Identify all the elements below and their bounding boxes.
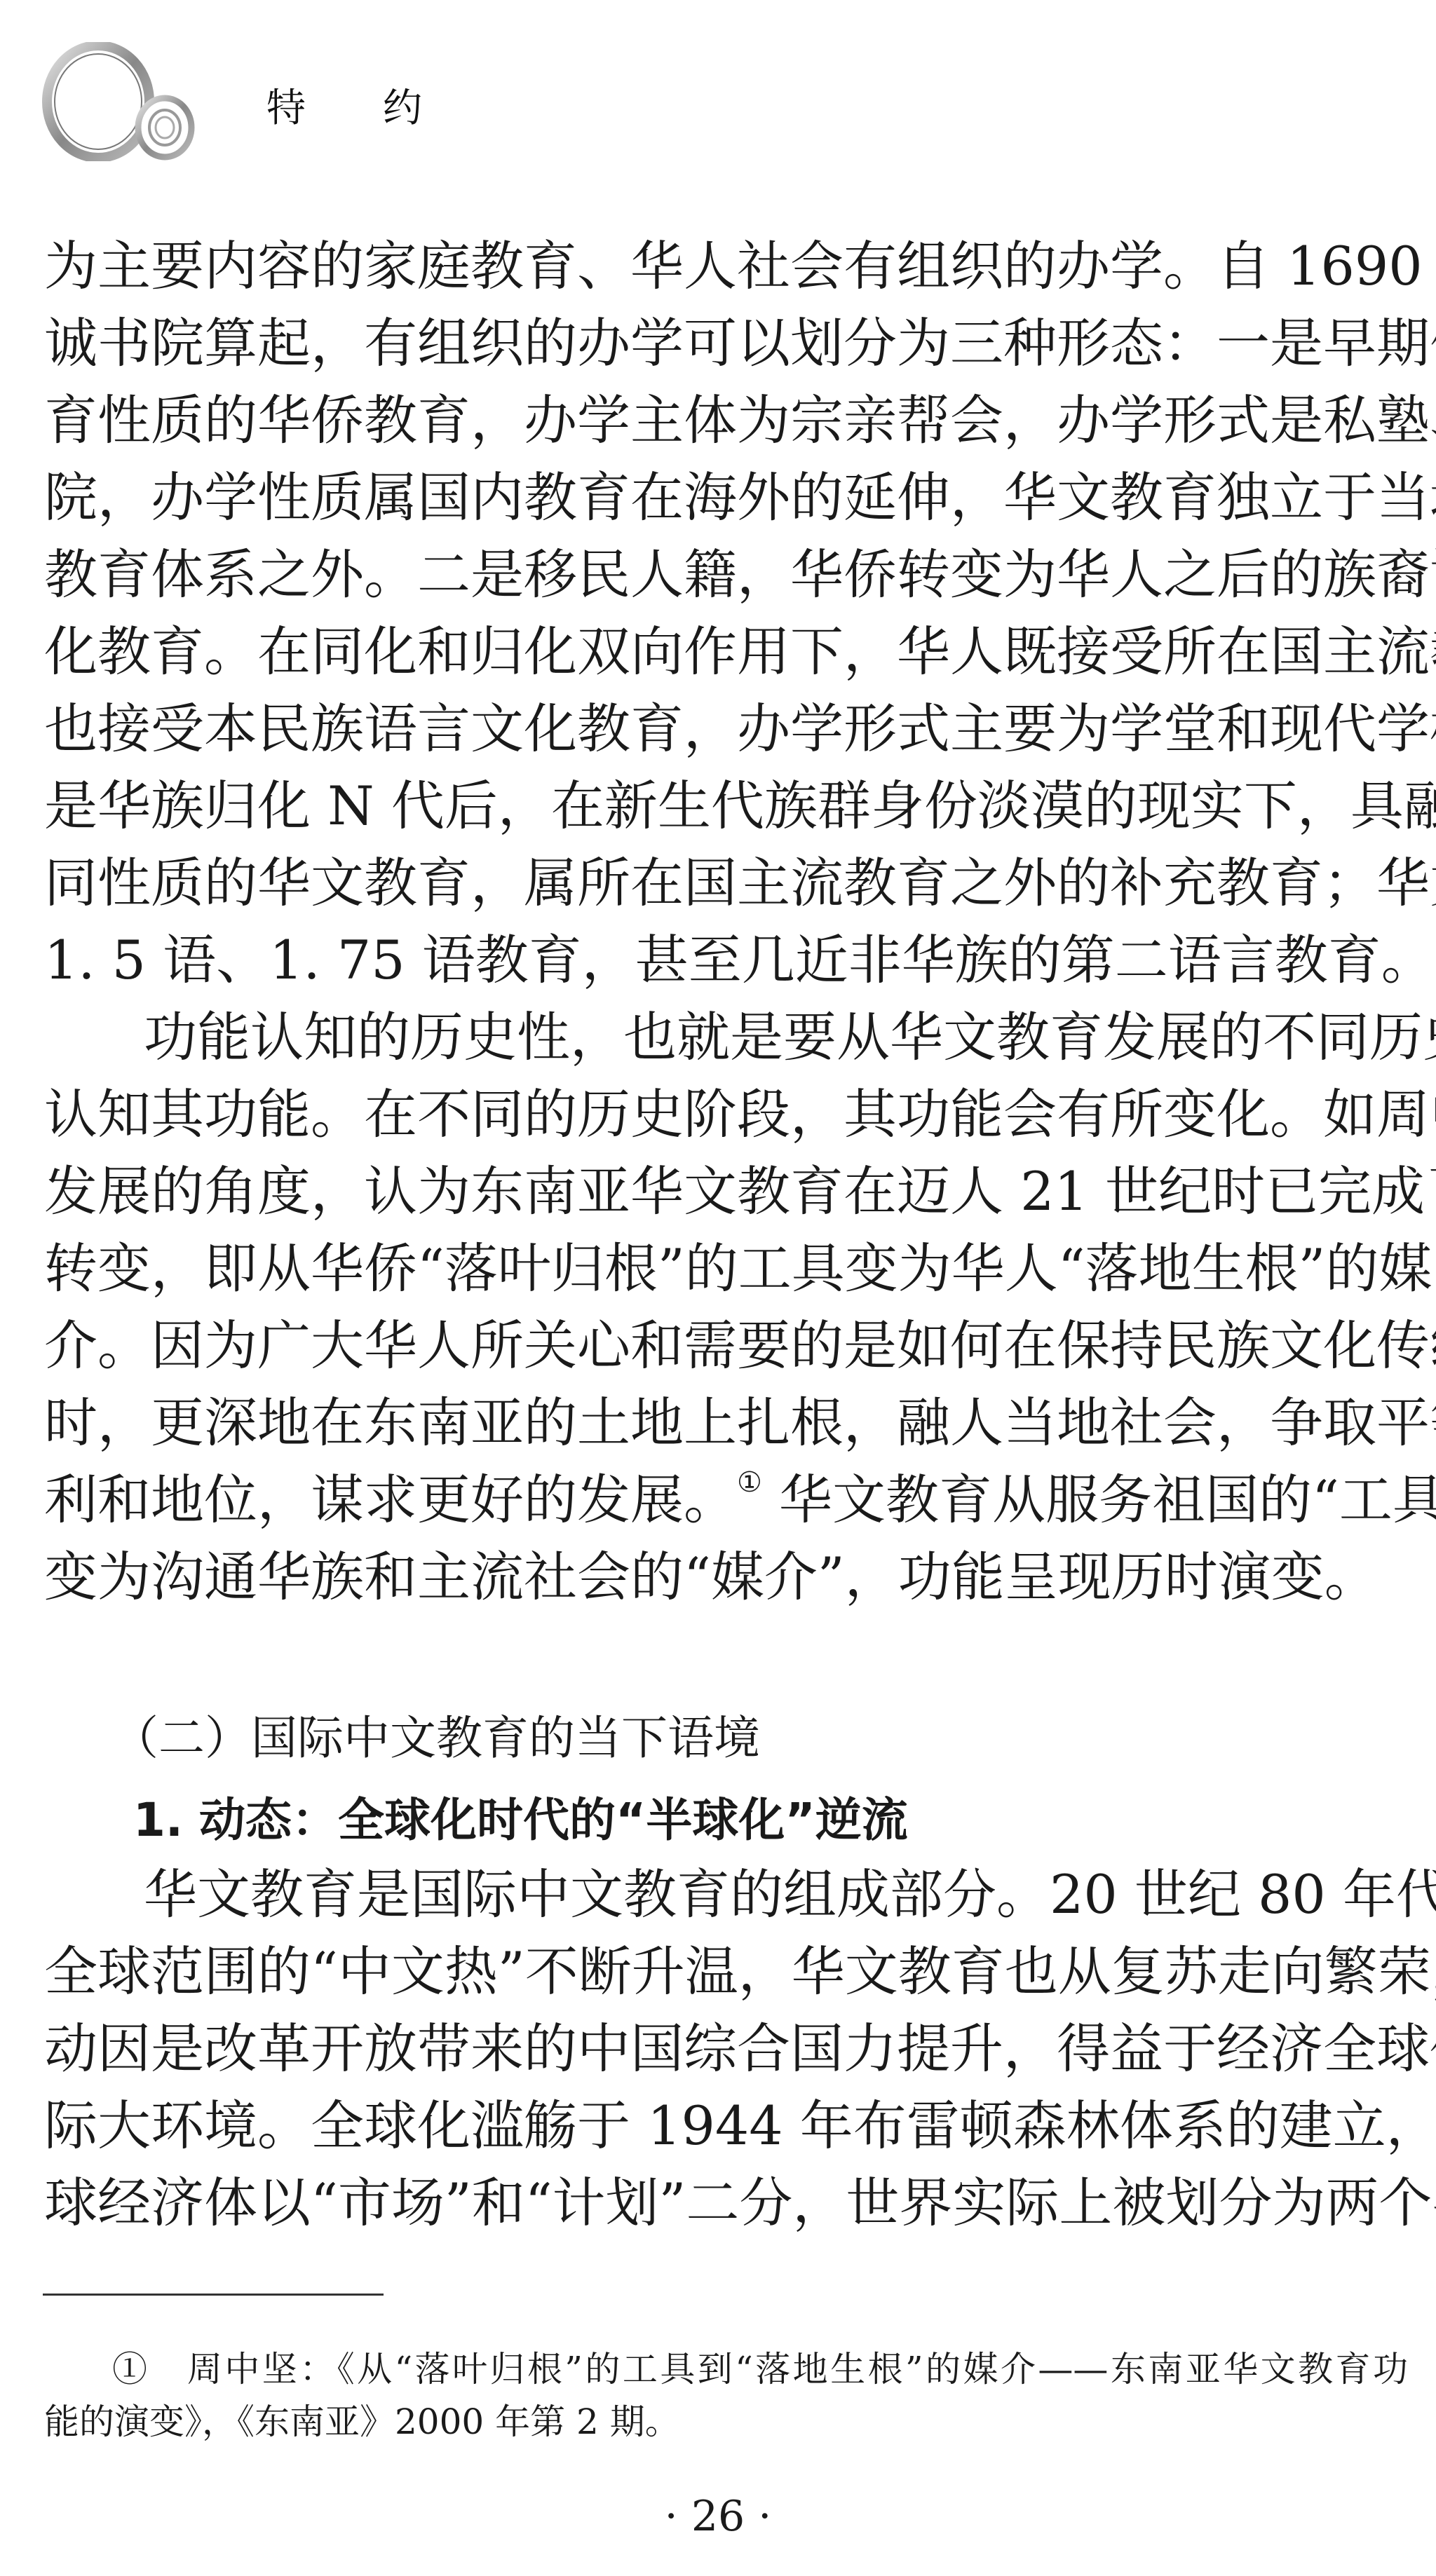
text-line: 是华族归化 N 代后，在新生代族群身份淡漠的现实下，具融通与认 bbox=[44, 768, 1408, 845]
page-number: · 26 · bbox=[0, 2492, 1436, 2541]
text-span: 利和地位，谋求更好的发展。 bbox=[44, 1468, 737, 1531]
text-line: 教育体系之外。二是移民人籍，华侨转变为华人之后的族裔语言文 bbox=[44, 536, 1408, 613]
text-line: 全球范围的“中文热”不断升温，华文教育也从复苏走向繁荣，其 bbox=[44, 1933, 1408, 2010]
text-line: 化教育。在同化和归化双向作用下，华人既接受所在国主流教育， bbox=[44, 613, 1408, 690]
double-ring-logo-icon bbox=[42, 42, 252, 161]
text-line: 同性质的华文教育，属所在国主流教育之外的补充教育；华文成为 bbox=[44, 845, 1408, 922]
section-label: 特 约 bbox=[266, 77, 422, 133]
text-line: 转变，即从华侨“落叶归根”的工具变为华人“落地生根”的媒 bbox=[44, 1230, 1408, 1307]
text-line: 诚书院算起，有组织的办学可以划分为三种形态：一是早期侨民教 bbox=[44, 305, 1408, 382]
text-line: 也接受本民族语言文化教育，办学形式主要为学堂和现代学校。三 bbox=[44, 690, 1408, 768]
text-line: 介。因为广大华人所关心和需要的是如何在保持民族文化传统的同 bbox=[44, 1307, 1408, 1384]
section-char: 约 bbox=[383, 77, 422, 133]
text-line: 为主要内容的家庭教育、华人社会有组织的办学。自 1690 年印尼明 bbox=[44, 228, 1408, 305]
text-line: 院，办学性质属国内教育在海外的延伸，华文教育独立于当地主流 bbox=[44, 459, 1408, 536]
text-line: 动因是改革开放带来的中国综合国力提升，得益于经济全球化的国 bbox=[44, 2010, 1408, 2087]
text-line: 际大环境。全球化滥觞于 1944 年布雷顿森林体系的建立，但由于全 bbox=[44, 2087, 1408, 2165]
text-line: 功能认知的历史性，也就是要从华文教育发展的不同历史阶段， bbox=[144, 999, 1408, 1076]
text-line: 华文教育是国际中文教育的组成部分。20 世纪 80 年代以来， bbox=[144, 1856, 1408, 1933]
text-line: 发展的角度，认为东南亚华文教育在迈人 21 世纪时已完成了根本性 bbox=[44, 1153, 1408, 1230]
text-line: 1. 5 语、1. 75 语教育，甚至几近非华族的第二语言教育。 bbox=[44, 922, 1408, 999]
subsection-heading: 1. 动态：全球化时代的“半球化”逆流 bbox=[133, 1782, 908, 1859]
section-heading: （二）国际中文教育的当下语境 bbox=[112, 1700, 760, 1777]
footnote-divider bbox=[43, 2294, 384, 2296]
footnote-ref[interactable]: ① bbox=[737, 1466, 762, 1499]
text-line: 时，更深地在东南亚的土地上扎根，融人当地社会，争取平等的权 bbox=[44, 1384, 1408, 1461]
text-line: 利和地位，谋求更好的发展。① 华文教育从服务祖国的“工具”，转 bbox=[44, 1461, 1408, 1539]
text-line: 认知其功能。在不同的历史阶段，其功能会有所变化。如周中坚从 bbox=[44, 1076, 1408, 1153]
text-line: 育性质的华侨教育，办学主体为宗亲帮会，办学形式是私塾、书 bbox=[44, 382, 1408, 459]
text-line: 变为沟通华族和主流社会的“媒介”，功能呈现历时演变。 bbox=[44, 1539, 1408, 1616]
footnote-line: 能的演变》，《东南亚》2000 年第 2 期。 bbox=[44, 2397, 680, 2446]
section-char: 特 bbox=[266, 77, 306, 133]
footnote-line: ① 周中坚：《从“落叶归根”的工具到“落地生根”的媒介——东南亚华文教育功 bbox=[112, 2345, 1408, 2394]
text-span: 华文教育从服务祖国的“工具”，转 bbox=[762, 1468, 1436, 1531]
text-line: 球经济体以“市场”和“计划”二分，世界实际上被划分为两个半 bbox=[44, 2165, 1408, 2242]
page-header: 特 约 bbox=[42, 42, 533, 161]
